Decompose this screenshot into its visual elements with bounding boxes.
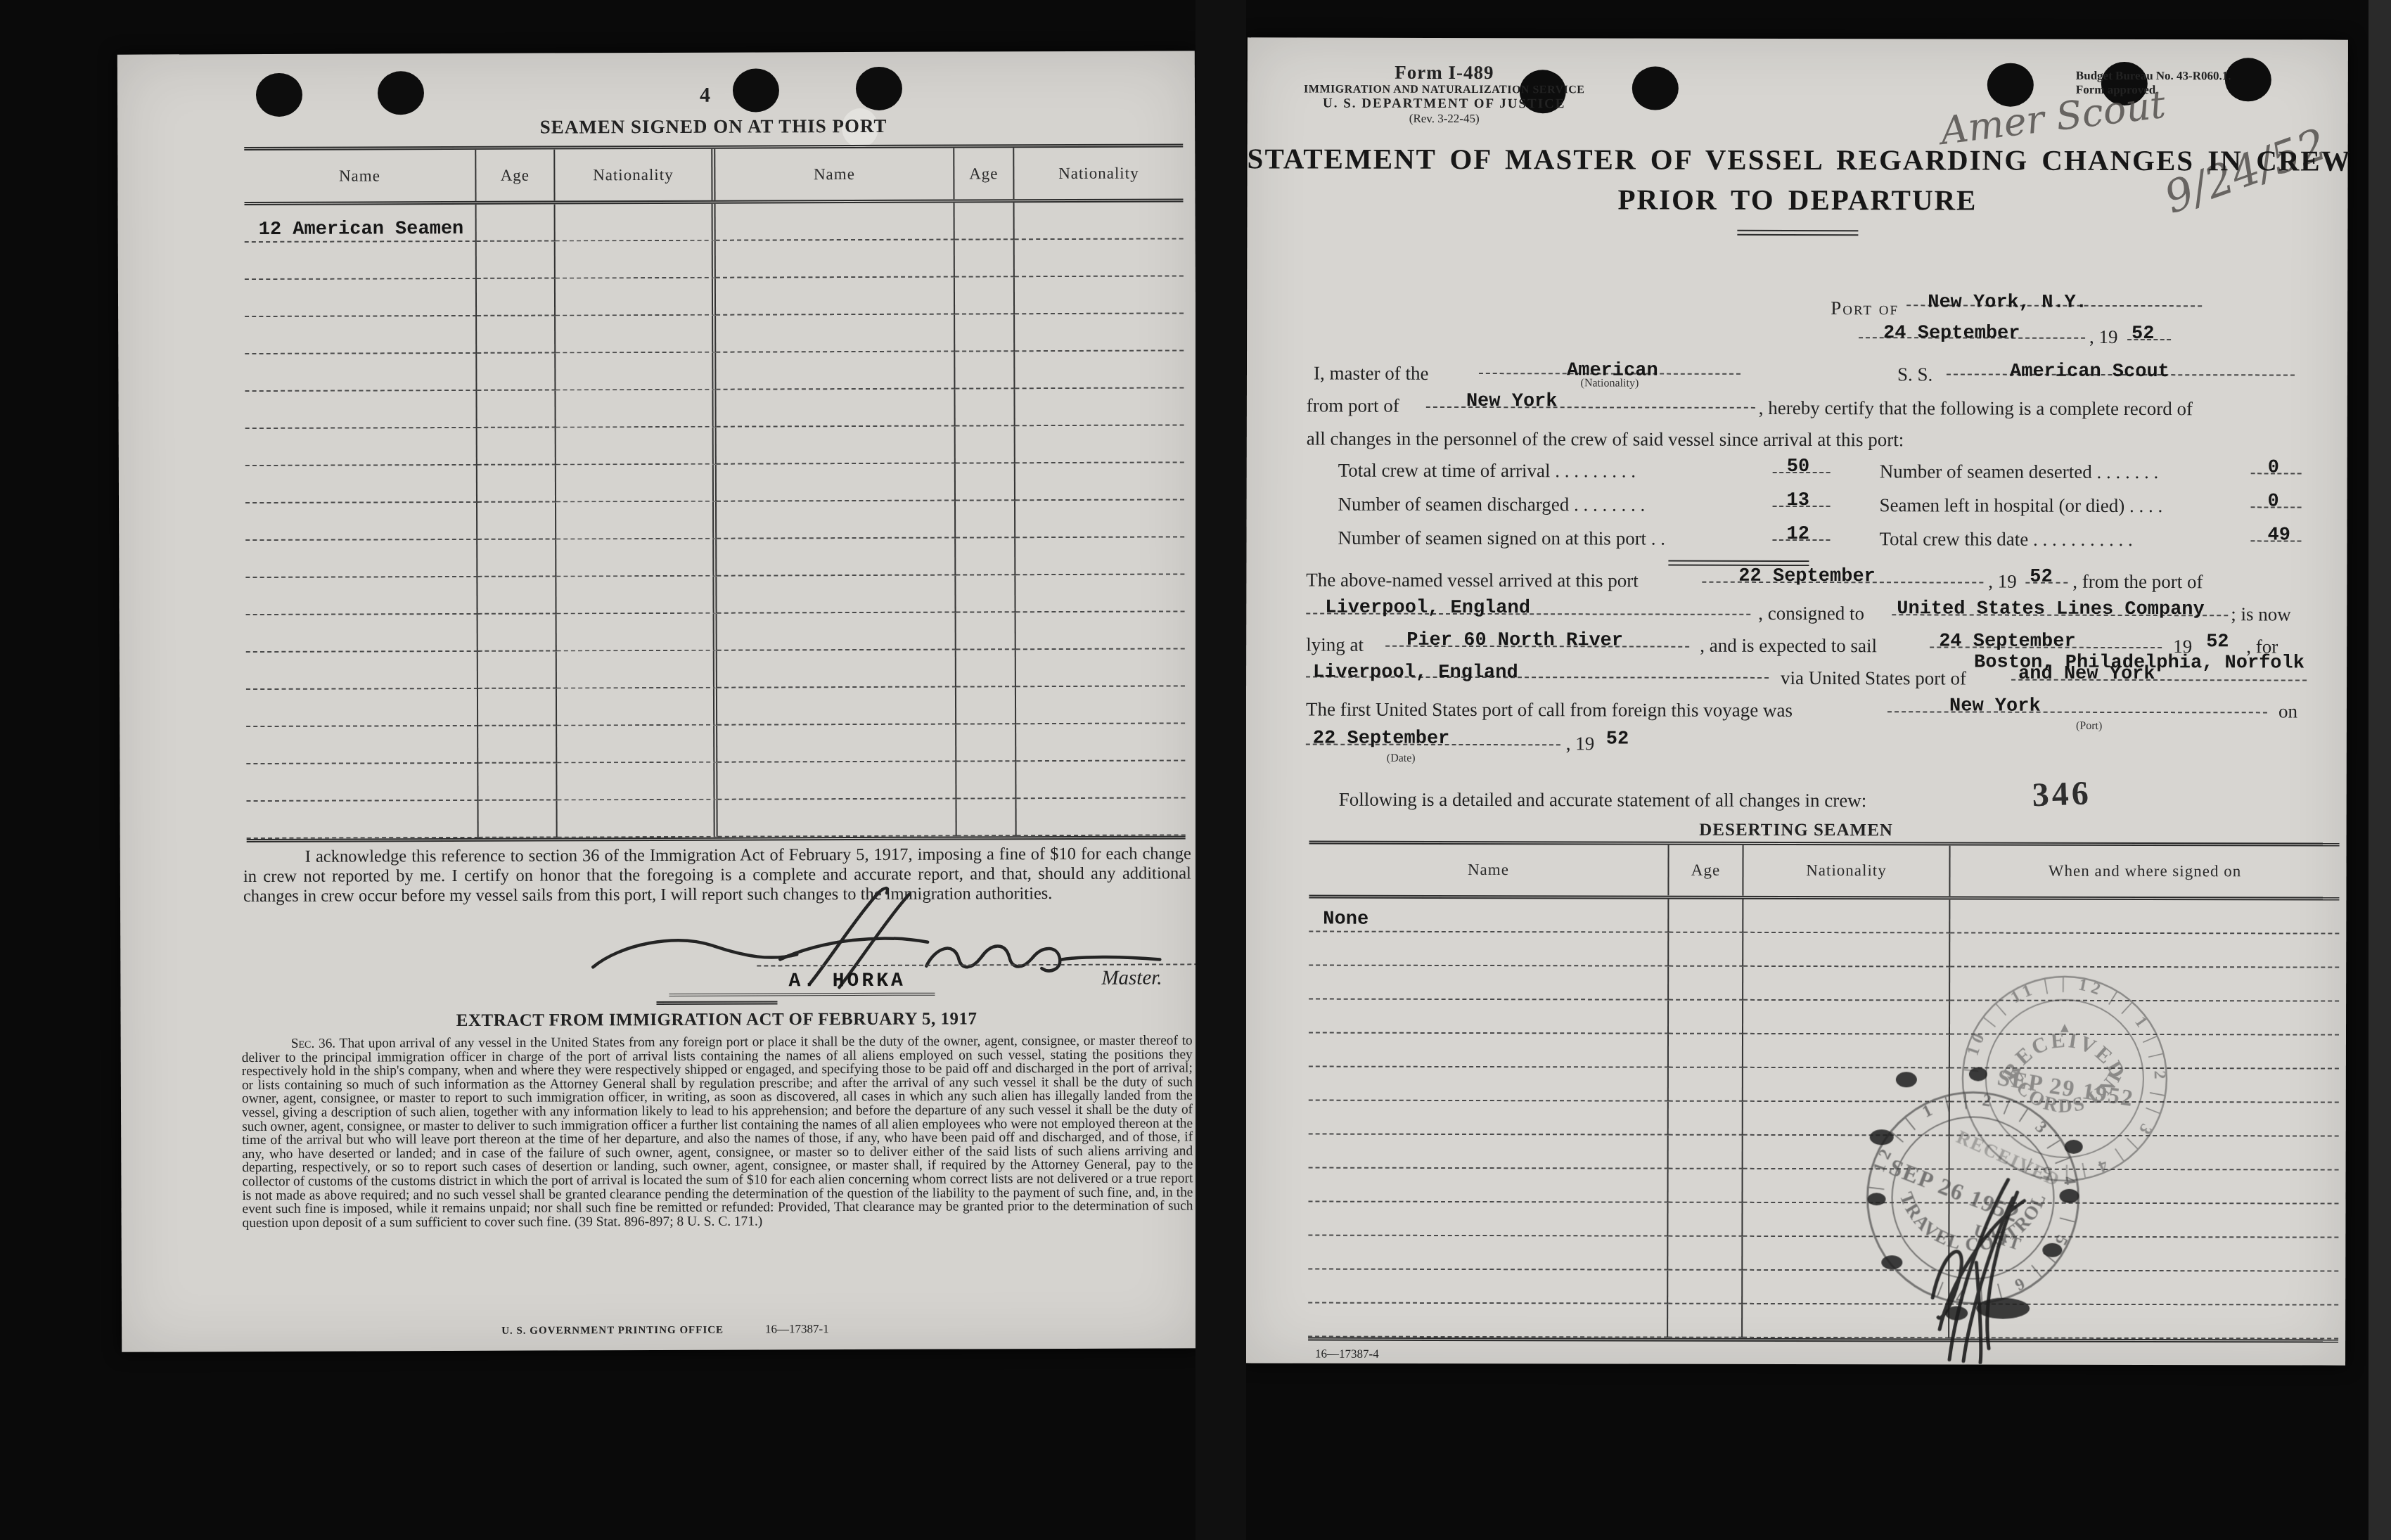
table-cell xyxy=(1015,239,1184,277)
left-page: 4 SEAMEN SIGNED ON AT THIS PORT Name Age… xyxy=(117,51,1199,1352)
sail-date: 24 September xyxy=(1939,631,2076,652)
table-cell xyxy=(1309,1101,1669,1136)
table-cell xyxy=(477,316,556,354)
table-row: 12 American Seamen xyxy=(245,202,1184,243)
origin-port: Liverpool, England xyxy=(1325,598,1530,620)
table-row xyxy=(1309,1135,2339,1171)
printer-imprint: U. S. GOVERNMENT PRINTING OFFICE xyxy=(501,1325,724,1337)
table-cell xyxy=(1669,1068,1743,1102)
table-row xyxy=(1309,1000,2339,1036)
table-row xyxy=(1308,1270,2338,1306)
table-cell xyxy=(1743,1102,1950,1136)
table-cell xyxy=(245,540,477,578)
table-cell xyxy=(556,502,717,540)
voyage-blank xyxy=(1887,686,2267,713)
table-cell xyxy=(955,352,1015,389)
table-cell xyxy=(1668,1237,1743,1271)
table-cell xyxy=(477,354,556,391)
table-cell xyxy=(246,652,478,690)
table-cell xyxy=(956,762,1016,799)
table-cell xyxy=(556,539,717,577)
table-cell xyxy=(1743,967,1950,1001)
stat-label: Number of seamen deserted . . . . . . . xyxy=(1880,461,2159,483)
table-cell xyxy=(478,726,557,764)
ss-label: S. S. xyxy=(1897,364,1932,385)
table-body: 12 American Seamen xyxy=(245,202,1186,839)
table-cell xyxy=(246,801,478,839)
table-row xyxy=(245,351,1184,392)
table-row xyxy=(245,537,1184,578)
table-cell xyxy=(1743,1068,1950,1103)
table-cell xyxy=(1015,202,1184,240)
table-cell xyxy=(717,501,956,539)
consignee: United States Lines Company xyxy=(1897,598,2205,620)
department-name: U. S. DEPARTMENT OF JUSTICE xyxy=(1297,96,1592,113)
col-header-nationality: Nationality xyxy=(1014,147,1183,199)
punch-hole xyxy=(1632,67,1679,110)
table-cell xyxy=(245,354,477,392)
table-cell xyxy=(716,278,955,316)
table-cell xyxy=(557,763,717,801)
stat-value: 12 xyxy=(1786,524,1809,545)
punch-hole xyxy=(733,68,779,112)
table-cell xyxy=(245,279,477,317)
seamen-signed-on-table: Name Age Nationality Name Age Nationalit… xyxy=(244,143,1185,842)
table-cell xyxy=(956,538,1015,575)
table-cell xyxy=(477,428,556,466)
table-cell xyxy=(1743,1169,1950,1204)
left-footer: U. S. GOVERNMENT PRINTING OFFICE 16—1738… xyxy=(501,1322,829,1337)
extract-lead: Sec. 36. xyxy=(291,1037,336,1051)
date-caption: (Date) xyxy=(1387,752,1416,765)
table-cell xyxy=(1016,612,1185,650)
form-title-line1: STATEMENT OF MASTER OF VESSEL REGARDING … xyxy=(1248,141,2348,177)
table-row xyxy=(246,724,1185,764)
table-cell xyxy=(1015,500,1184,538)
table-cell xyxy=(956,463,1015,501)
title-rule xyxy=(1737,230,1858,236)
table-row xyxy=(1309,932,2339,968)
table-cell xyxy=(956,799,1016,836)
table-cell xyxy=(1669,1169,1743,1203)
form-code: 16—17387-1 xyxy=(765,1322,829,1335)
table-cell xyxy=(1949,1271,2338,1305)
table-cell xyxy=(1743,1304,1949,1339)
first-us-port: New York xyxy=(1949,695,2041,717)
table-cell xyxy=(246,764,478,802)
table-cell xyxy=(716,352,955,390)
stamped-serial-number: 346 xyxy=(2032,774,2092,814)
extract-body: That upon arrival of any vessel in the U… xyxy=(242,1033,1193,1230)
table-row xyxy=(1309,1169,2339,1205)
table-cell xyxy=(1668,1304,1743,1338)
table-cell xyxy=(1950,1001,2339,1035)
table-cell xyxy=(557,614,717,652)
table-cell xyxy=(716,203,955,241)
table-cell xyxy=(1669,1034,1743,1068)
table-row xyxy=(1308,1236,2338,1272)
table-cell xyxy=(477,242,556,279)
table-cell xyxy=(1015,388,1184,426)
table-cell xyxy=(1016,686,1185,724)
stat-value: 50 xyxy=(1787,456,1809,477)
punch-hole xyxy=(2225,58,2271,101)
table-row xyxy=(1309,966,2339,1002)
table-cell xyxy=(246,615,478,653)
table-row xyxy=(245,239,1184,280)
table-cell xyxy=(955,203,1015,240)
table-cell: None xyxy=(1309,899,1669,933)
table-cell xyxy=(1308,1270,1668,1304)
table-cell xyxy=(478,652,557,689)
table-cell xyxy=(1743,1034,1950,1069)
table-cell xyxy=(1308,1202,1668,1237)
stat-label: Total crew at time of arrival . . . . . … xyxy=(1338,460,1636,482)
table-cell xyxy=(956,650,1016,687)
table-cell xyxy=(955,389,1015,426)
table-cell xyxy=(1743,1001,1950,1035)
table-cell xyxy=(956,724,1016,762)
table-cell xyxy=(956,687,1016,724)
table-row xyxy=(246,649,1185,690)
col-header-signed-on: When and where signed on xyxy=(1950,845,2339,897)
table-cell xyxy=(477,205,556,242)
table-cell xyxy=(1309,932,1669,967)
table-cell xyxy=(245,503,477,541)
table-cell xyxy=(1743,1203,1949,1238)
signature-line xyxy=(757,938,1198,966)
table-cell xyxy=(245,316,477,354)
from-port-value: New York xyxy=(1466,391,1558,412)
table-cell xyxy=(955,277,1015,314)
table-cell xyxy=(1950,1169,2339,1204)
table-cell xyxy=(557,800,717,838)
table-cell xyxy=(955,240,1015,277)
table-row xyxy=(245,314,1184,354)
col-header-nationality: Nationality xyxy=(1743,845,1950,897)
table-cell xyxy=(1016,649,1185,687)
voyage-text: ; is now xyxy=(2231,603,2291,625)
stat-label: Total crew this date . . . . . . . . . .… xyxy=(1879,528,2132,551)
table-cell xyxy=(1015,314,1184,352)
table-cell xyxy=(1743,1136,1950,1170)
table-cell xyxy=(1743,1271,1949,1305)
budget-bureau-line: Budget Bureau No. 43-R060.1. xyxy=(2076,69,2231,83)
table-cell xyxy=(716,390,955,428)
table-row xyxy=(1308,1202,2338,1238)
extract-rule xyxy=(656,1001,777,1005)
table-cell xyxy=(1015,276,1184,314)
table-cell xyxy=(557,688,717,726)
table-cell xyxy=(717,650,956,688)
table-cell xyxy=(1015,351,1184,389)
table-cell xyxy=(477,391,556,428)
first-call-year: 52 xyxy=(1606,729,1629,750)
table-cell xyxy=(717,539,956,577)
table-cell xyxy=(1308,1236,1668,1271)
table-cell xyxy=(477,577,556,615)
table-cell xyxy=(246,689,478,727)
table-cell xyxy=(717,576,956,614)
table-cell xyxy=(717,688,956,726)
arrival-date: 22 September xyxy=(1738,566,1875,587)
scan-edge-strip xyxy=(2368,0,2391,1540)
table-cell xyxy=(1015,425,1184,463)
table-cell xyxy=(478,689,557,726)
destination-port: Liverpool, England xyxy=(1313,662,1518,684)
berth-location: Pier 60 North River xyxy=(1406,630,1623,652)
signature-typed-name: A. HORKA xyxy=(788,970,906,993)
table-cell xyxy=(1016,761,1185,799)
table-cell xyxy=(245,466,477,503)
stat-value: 0 xyxy=(2268,457,2279,478)
table-cell xyxy=(955,314,1015,352)
table-cell xyxy=(956,612,1016,650)
date-year-value: 52 xyxy=(2132,323,2154,345)
port-value: New York, N.Y. xyxy=(1928,292,2087,313)
table-cell xyxy=(556,241,716,279)
table-cell xyxy=(1669,1001,1743,1034)
table-cell xyxy=(1743,933,1950,968)
table-cell xyxy=(1308,1304,1668,1338)
table-cell xyxy=(1669,967,1743,1001)
table-cell xyxy=(557,726,717,764)
via-ports-line2: and New York xyxy=(2018,664,2155,685)
table-cell xyxy=(556,204,716,242)
table-cell xyxy=(716,315,955,353)
table-cell xyxy=(1668,1203,1743,1237)
table-cell xyxy=(1950,1068,2339,1103)
form-number: Form I-489 xyxy=(1297,62,1592,84)
stat-label: Number of seamen signed on at this port … xyxy=(1338,527,1665,550)
typed-entry: 12 American Seamen xyxy=(259,219,464,240)
punch-hole xyxy=(256,73,302,117)
left-table-title: SEAMEN SIGNED ON AT THIS PORT xyxy=(244,114,1183,139)
table-body: None xyxy=(1308,899,2339,1340)
date-year-prefix: , 19 xyxy=(2089,326,2118,348)
table-cell xyxy=(477,503,556,540)
stat-value: 49 xyxy=(2267,525,2290,546)
table-cell xyxy=(1950,1034,2339,1069)
date-value: 24 September xyxy=(1883,323,2020,344)
table-cell xyxy=(1949,1237,2338,1271)
vessel-name: American Scout xyxy=(2010,361,2169,383)
col-header-age: Age xyxy=(1669,845,1743,896)
table-cell xyxy=(245,428,477,466)
extract-paragraph: Sec. 36. That upon arrival of any vessel… xyxy=(242,1034,1193,1230)
table-row xyxy=(1309,1034,2339,1070)
table-row xyxy=(1309,1101,2339,1137)
table-cell xyxy=(556,278,716,316)
form-title-line2: PRIOR TO DEPARTURE xyxy=(1247,181,2347,217)
certify-intro: I, master of the xyxy=(1314,363,1429,385)
punch-hole xyxy=(378,71,424,115)
arrival-year: 52 xyxy=(2030,567,2052,588)
table-cell xyxy=(557,651,717,689)
acknowledgment-paragraph: I acknowledge this reference to section … xyxy=(243,844,1191,906)
revision-date: (Rev. 3-22-45) xyxy=(1297,112,1592,127)
table-cell xyxy=(477,466,556,503)
table-header-row: Name Age Nationality When and where sign… xyxy=(1309,845,2339,901)
table-cell xyxy=(556,353,716,391)
typed-entry: None xyxy=(1323,909,1368,930)
table-cell xyxy=(1950,899,2339,934)
form-identification-block: Form I-489 IMMIGRATION AND NATURALIZATIO… xyxy=(1297,62,1592,127)
table-cell xyxy=(956,501,1015,538)
sail-year: 52 xyxy=(2206,631,2229,653)
page-gutter xyxy=(1195,0,1246,1540)
table-cell xyxy=(956,426,1015,463)
signature-role: Master. xyxy=(1101,967,1162,990)
table-cell xyxy=(1309,1135,1669,1169)
table-cell xyxy=(1309,966,1669,1001)
table-row xyxy=(245,425,1184,466)
punch-hole xyxy=(856,67,902,110)
table-cell xyxy=(556,465,717,503)
table-cell xyxy=(1016,724,1185,762)
table-cell: 12 American Seamen xyxy=(245,205,477,243)
table-cell xyxy=(477,540,556,577)
certify-rest: , hereby certify that the following is a… xyxy=(1759,397,2193,420)
voyage-text: on xyxy=(2278,700,2297,722)
table-cell xyxy=(1669,1102,1743,1136)
from-port-label: from port of xyxy=(1307,395,1399,417)
deserting-seamen-table: Name Age Nationality When and where sign… xyxy=(1308,841,2339,1343)
port-caption: (Port) xyxy=(2076,720,2102,733)
table-cell xyxy=(478,615,557,652)
table-cell xyxy=(1669,899,1743,933)
table-row xyxy=(246,686,1185,727)
table-cell xyxy=(956,575,1015,612)
table-row xyxy=(1308,1304,2338,1340)
table-row xyxy=(245,575,1184,615)
table-row xyxy=(245,500,1184,541)
col-header-name: Name xyxy=(244,150,476,202)
stat-label: Number of seamen discharged . . . . . . … xyxy=(1338,494,1646,516)
table-cell xyxy=(1743,1237,1949,1271)
page-number: 4 xyxy=(700,84,710,108)
table-cell xyxy=(1669,933,1743,967)
table-cell xyxy=(1950,1102,2339,1136)
following-statement: Following is a detailed and accurate sta… xyxy=(1339,789,1867,812)
table-cell xyxy=(1949,1304,2338,1339)
table-row xyxy=(1309,1067,2339,1103)
table-cell xyxy=(1309,1034,1669,1068)
table-cell xyxy=(717,762,956,800)
table-cell xyxy=(246,726,478,764)
table-row xyxy=(245,463,1184,503)
col-header-name: Name xyxy=(715,148,954,200)
table-row xyxy=(246,798,1185,839)
deserting-seamen-heading: DESERTING SEAMEN xyxy=(1246,819,2347,841)
table-cell xyxy=(478,801,557,838)
table-cell xyxy=(1743,899,1950,934)
table-row xyxy=(246,761,1185,802)
table-row xyxy=(245,388,1184,429)
table-cell xyxy=(245,577,477,615)
table-cell xyxy=(1950,967,2339,1001)
table-cell xyxy=(478,764,557,801)
table-row xyxy=(246,612,1185,653)
table-cell xyxy=(477,279,556,316)
table-cell xyxy=(556,428,717,466)
table-cell xyxy=(556,390,716,428)
table-cell xyxy=(1309,1067,1669,1102)
stat-value: 13 xyxy=(1787,490,1809,511)
table-cell xyxy=(245,242,477,280)
voyage-text: , 19 xyxy=(1566,733,1595,755)
table-cell xyxy=(1016,798,1185,836)
table-cell xyxy=(717,613,956,651)
table-cell xyxy=(716,240,955,278)
table-cell xyxy=(717,800,956,838)
stat-value: 0 xyxy=(2268,491,2279,512)
extract-heading: EXTRACT FROM IMMIGRATION ACT OF FEBRUARY… xyxy=(248,1008,1186,1032)
table-header-row: Name Age Nationality Name Age Nationalit… xyxy=(244,147,1183,205)
table-cell xyxy=(1950,933,2339,968)
table-cell xyxy=(556,577,717,615)
right-footer-code: 16—17387-4 xyxy=(1315,1347,1379,1361)
table-cell xyxy=(1015,537,1184,575)
first-call-date: 22 September xyxy=(1313,729,1450,750)
voyage-text: , consigned to xyxy=(1758,603,1864,624)
table-cell xyxy=(717,464,956,502)
table-row: None xyxy=(1309,899,2339,935)
col-header-age: Age xyxy=(954,148,1014,199)
table-cell xyxy=(717,427,956,465)
table-cell xyxy=(717,725,956,763)
table-cell xyxy=(245,391,477,429)
table-cell xyxy=(1950,1136,2339,1170)
col-header-nationality: Nationality xyxy=(555,149,715,201)
table-cell xyxy=(1949,1203,2338,1238)
scanned-document: 4 SEAMEN SIGNED ON AT THIS PORT Name Age… xyxy=(0,0,2391,1540)
table-cell xyxy=(556,316,716,354)
table-cell xyxy=(1668,1271,1743,1304)
right-page: Form I-489 IMMIGRATION AND NATURALIZATIO… xyxy=(1245,37,2348,1365)
table-cell xyxy=(1015,575,1184,612)
table-cell xyxy=(1309,1000,1669,1034)
table-cell xyxy=(1669,1136,1743,1169)
col-header-name: Name xyxy=(1309,845,1669,896)
col-header-age: Age xyxy=(476,150,555,201)
table-row xyxy=(245,276,1184,317)
stat-label: Seamen left in hospital (or died) . . . … xyxy=(1880,494,2163,517)
table-cell xyxy=(1015,463,1184,501)
table-cell xyxy=(1309,1169,1669,1203)
agency-name: IMMIGRATION AND NATURALIZATION SERVICE xyxy=(1297,84,1592,97)
